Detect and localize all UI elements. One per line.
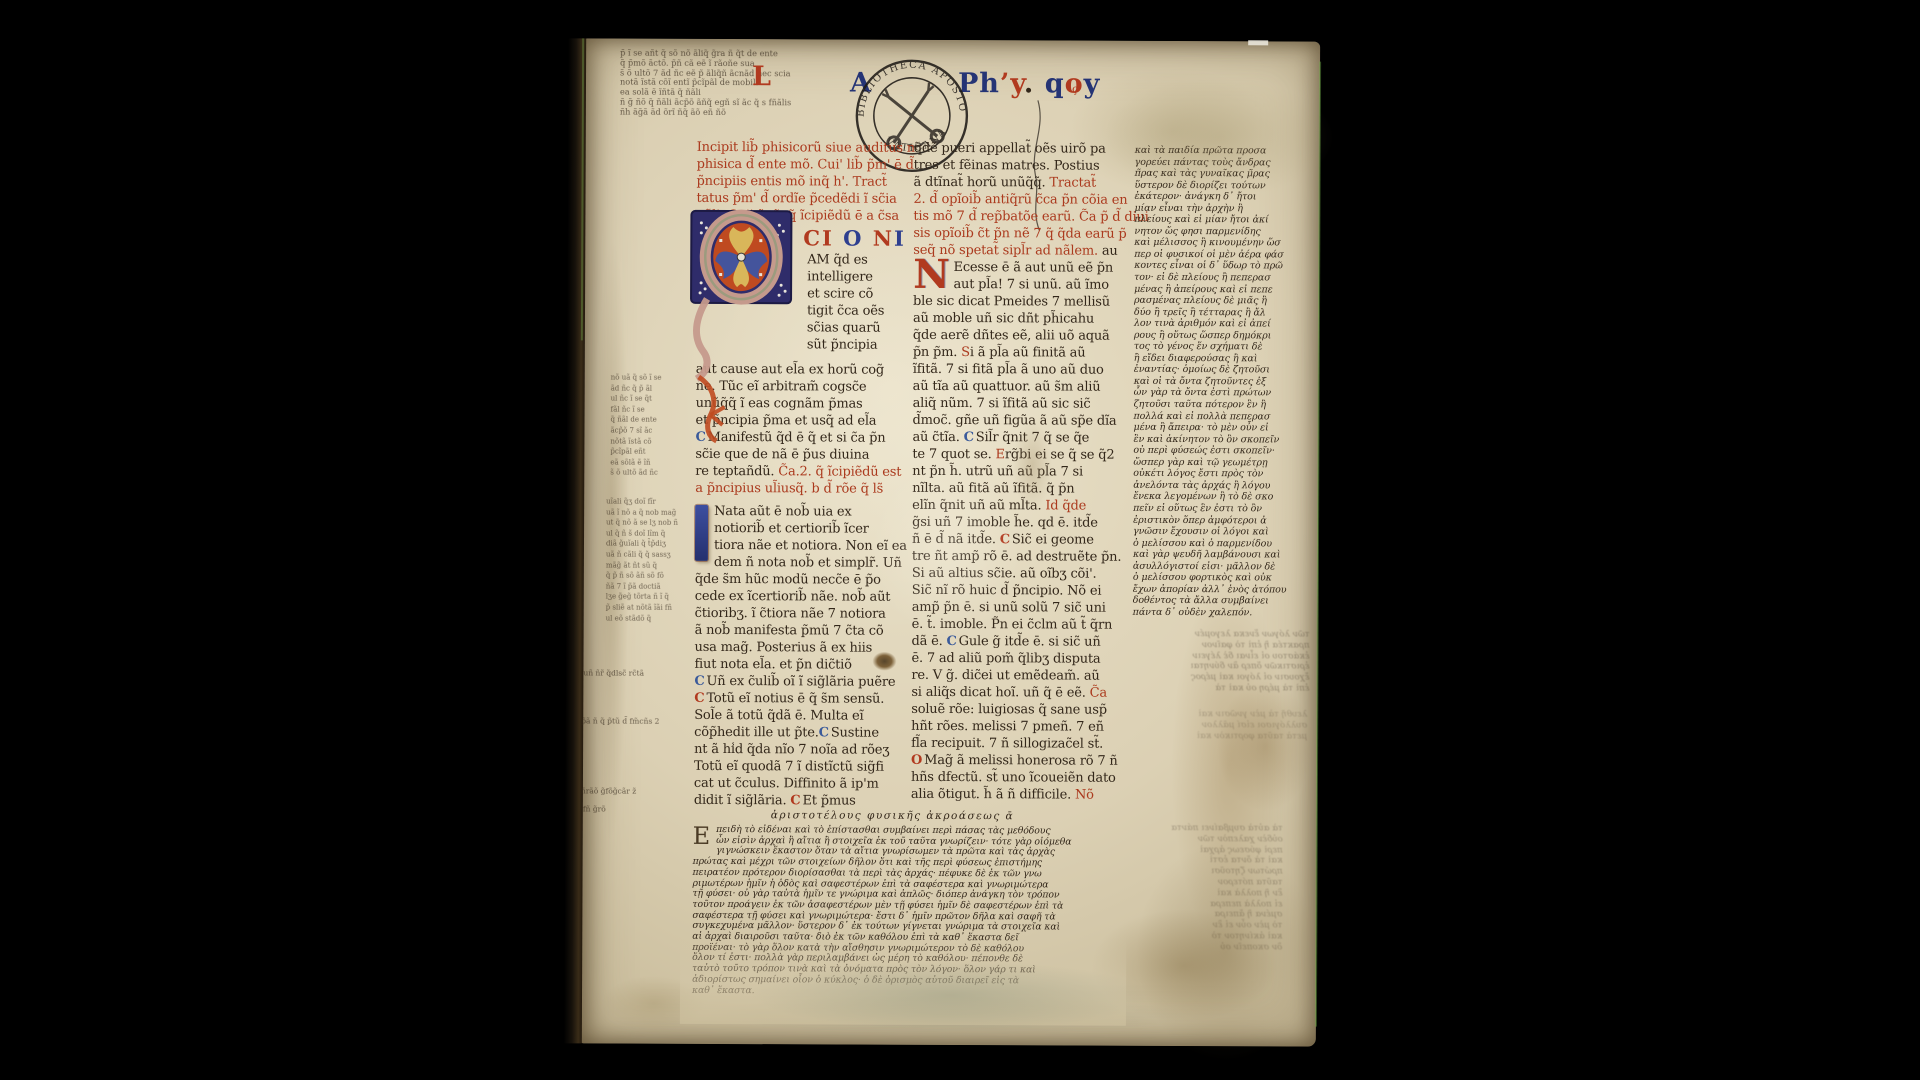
brown-stain-right: [1217, 681, 1314, 811]
marginal-note-2: p̃ã ñ q̃ p̃tũ d̃ fm̃cñs 2: [581, 716, 659, 725]
ink-blot: [872, 652, 896, 671]
marginal-note-1: uñ ñr̃ q̃dlsc̃ rc̃tã: [583, 668, 644, 677]
latin-column1-display-letters: CI O NI: [803, 225, 906, 250]
latin-column2-top: q̃dẽ pueri appellat̃ oẽs uirõ patres et …: [913, 140, 1136, 260]
header-title: Ph’y. qoy: [958, 68, 1100, 100]
marginal-note-3: ñrãõ g̃fõg̃cãr z̃: [581, 786, 636, 795]
viewer-canvas: p̃ ĩ se añt q̃ sõ nõ ãliq̃ g̃ra ñ q̃t de…: [0, 0, 1920, 1080]
left-marginalia-lower: uĩali q̃ʒ doĩ fĩruã ĩ nõ a q̃ nob mag̃ut…: [606, 496, 703, 624]
header-letter-left: L: [752, 61, 772, 92]
latin-column1-beside-initial: AM q̃d esintelligereet scire cõtigit c̃c…: [807, 251, 915, 353]
left-marginalia-upper: nõ uã q̃ sõ ĩ seãd ñc q̃ p̃ ãlul ñc ĩ se…: [610, 373, 700, 479]
paper-tab: [1248, 40, 1268, 45]
greek-text-block: Επειδὴ τὸ εἰδέναι καὶ τὸ ἐπίστασθαι συμβ…: [692, 825, 1113, 998]
header-red-mark: ç: [1072, 83, 1078, 96]
verso-showthrough-1: τῶν λόγων ἕνεκα λεγομένπρακτέα ἢ ἐπὶ τὸ …: [1133, 629, 1309, 695]
marginal-note-4: fñ g̃rõ: [583, 804, 606, 813]
verso-showthrough-2: λευθῆ τὰ μὲν γνῶσιν καὶσυλλόγισοι εἰσί μ…: [1139, 709, 1307, 742]
manuscript-page: p̃ ĩ se añt q̃ sõ nõ ãliq̃ g̃ra ñ q̃t de…: [580, 38, 1320, 1046]
latin-column2-main: NEcesse ē ã aut unũ eẽ p̃naut pl̃a! 7 si…: [911, 259, 1135, 804]
illuminated-initial-Q: [688, 209, 795, 459]
verso-showthrough-3: τὰ αὐτὰ συμβαίνει πάνταοὐδὲν χαλεπὸν τῶν…: [1132, 823, 1283, 953]
greek-margin-column: καὶ τὰ παιδία πρῶτα προσαγορεύει πάντας …: [1133, 145, 1317, 619]
greek-heading: ἀριστοτέλους φυσικῆς ἀκροάσεως ᾱ: [771, 809, 1071, 822]
